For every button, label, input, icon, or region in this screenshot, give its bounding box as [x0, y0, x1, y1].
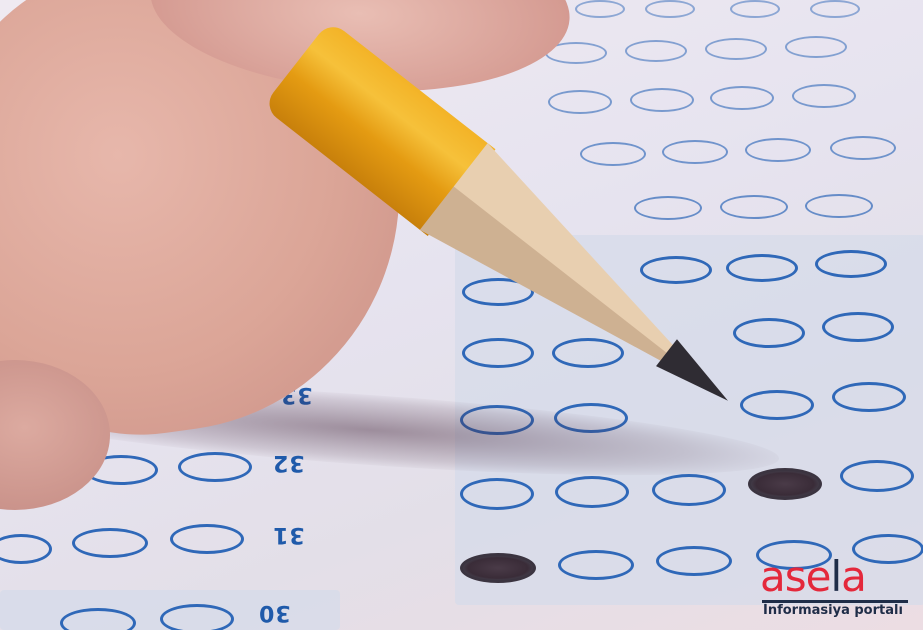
answer-bubble [460, 478, 534, 510]
answer-bubble [805, 194, 873, 218]
answer-bubble [580, 142, 646, 166]
answer-bubble [548, 90, 612, 114]
answer-bubble [625, 40, 687, 62]
question-number: 30 [258, 600, 291, 625]
answer-bubble [630, 88, 694, 112]
answer-bubble [662, 140, 728, 164]
answer-bubble [575, 0, 625, 18]
answer-bubble [558, 550, 634, 580]
answer-bubble [792, 84, 856, 108]
answer-bubble [656, 546, 732, 576]
answer-bubble [822, 312, 894, 342]
photo-scene: 34 33 32 31 30 asela İnformasiya portalı [0, 0, 923, 630]
answer-bubble [178, 452, 252, 482]
answer-bubble [785, 36, 847, 58]
answer-bubble [705, 38, 767, 60]
answer-bubble [0, 534, 52, 564]
answer-bubble [72, 528, 148, 558]
marked-answer-bubble [460, 553, 536, 583]
answer-bubble [840, 460, 914, 492]
answer-bubble [720, 195, 788, 219]
answer-bubble [170, 524, 244, 554]
question-number: 32 [272, 450, 305, 475]
answer-bubble [745, 138, 811, 162]
answer-bubble [810, 0, 860, 18]
question-number: 31 [272, 522, 305, 547]
answer-bubble [555, 476, 629, 508]
answer-bubble [832, 382, 906, 412]
answer-bubble [462, 338, 534, 368]
answer-bubble [634, 196, 702, 220]
answer-bubble [710, 86, 774, 110]
logo-wordmark: asela [760, 556, 866, 598]
answer-bubble [160, 604, 234, 630]
answer-bubble [740, 390, 814, 420]
answer-bubble [652, 474, 726, 506]
logo-tagline: İnformasiya portalı [763, 603, 903, 618]
answer-bubble [830, 136, 896, 160]
answer-bubble [60, 608, 136, 630]
answer-bubble [726, 254, 798, 282]
answer-bubble [730, 0, 780, 18]
answer-bubble [815, 250, 887, 278]
marked-answer-bubble [748, 468, 822, 500]
answer-bubble [645, 0, 695, 18]
asela-logo: asela İnformasiya portalı [760, 556, 912, 622]
